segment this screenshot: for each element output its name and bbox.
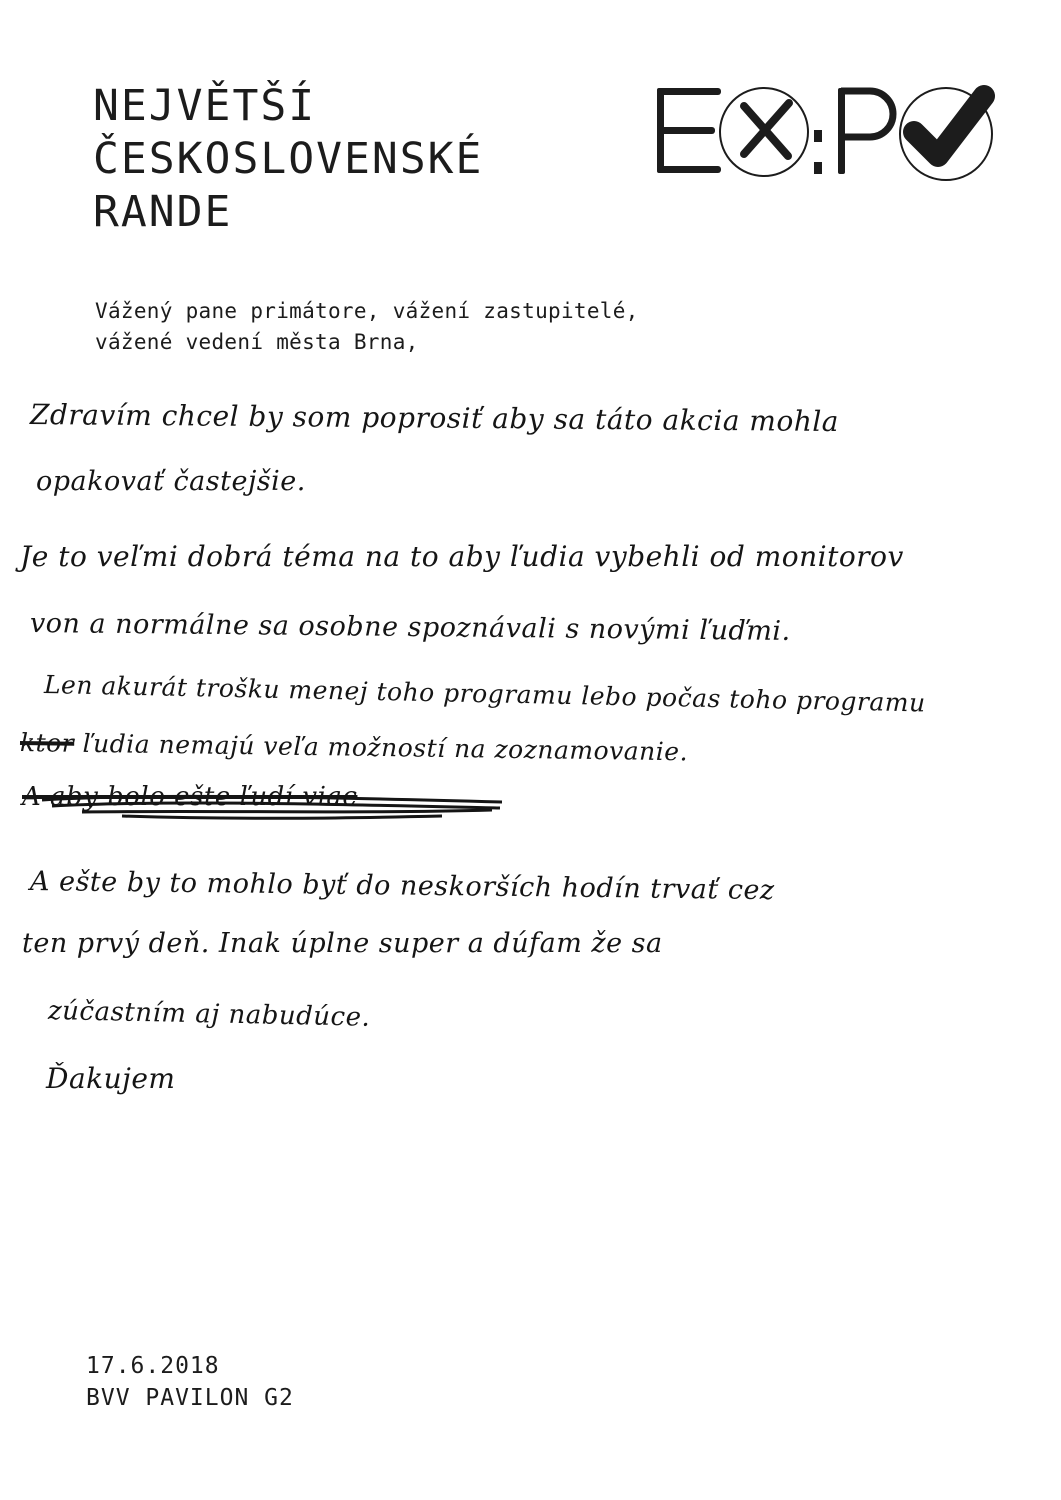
expo-logo xyxy=(648,76,1008,196)
colon-icon xyxy=(814,130,822,174)
x-in-circle-icon xyxy=(720,88,808,176)
handwritten-line: Zdravím chcel by som poprosiť aby sa tát… xyxy=(30,398,839,438)
event-date: 17.6.2018 xyxy=(86,1350,294,1382)
event-info: 17.6.2018 BVV PAVILON G2 xyxy=(86,1350,294,1414)
struck-word: ktor xyxy=(20,728,75,758)
greeting: Vážený pane primátore, vážení zastupitel… xyxy=(95,296,639,358)
greeting-line: vážené vedení města Brna, xyxy=(95,327,639,358)
scribble-strikethrough-icon xyxy=(22,780,512,830)
checkmark-in-circle-icon xyxy=(900,88,992,180)
handwritten-line: Len akurát trošku menej toho programu le… xyxy=(44,670,926,717)
feedback-letter-page: NEJVĚTŠÍ ČESKOSLOVENSKÉ RANDE xyxy=(0,0,1061,1500)
event-title: NEJVĚTŠÍ ČESKOSLOVENSKÉ RANDE xyxy=(93,80,483,239)
handwritten-line-text: ľudia nemajú veľa možností na zoznamovan… xyxy=(82,729,688,766)
event-title-line: NEJVĚTŠÍ xyxy=(93,80,483,133)
handwritten-line: opakovať častejšie. xyxy=(36,466,306,497)
handwritten-line: ten prvý deň. Inak úplne super a dúfam ž… xyxy=(22,928,663,959)
handwritten-line: von a normálne sa osobne spoznávali s no… xyxy=(30,608,791,647)
handwritten-line: Je to veľmi dobrá téma na to aby ľudia v… xyxy=(20,540,904,573)
handwritten-line: zúčastním aj nabudúce. xyxy=(48,996,371,1033)
logo-letter-p-icon xyxy=(838,88,893,174)
event-venue: BVV PAVILON G2 xyxy=(86,1382,294,1414)
handwritten-signoff: Ďakujem xyxy=(46,1062,175,1095)
greeting-line: Vážený pane primátore, vážení zastupitel… xyxy=(95,296,639,327)
event-title-line: RANDE xyxy=(93,186,483,239)
handwritten-line: ktor ľudia nemajú veľa možností na zozna… xyxy=(20,728,688,766)
handwritten-line: A ešte by to mohlo byť do neskorších hod… xyxy=(30,866,775,906)
logo-letter-e-icon xyxy=(657,88,721,173)
event-title-line: ČESKOSLOVENSKÉ xyxy=(93,133,483,186)
